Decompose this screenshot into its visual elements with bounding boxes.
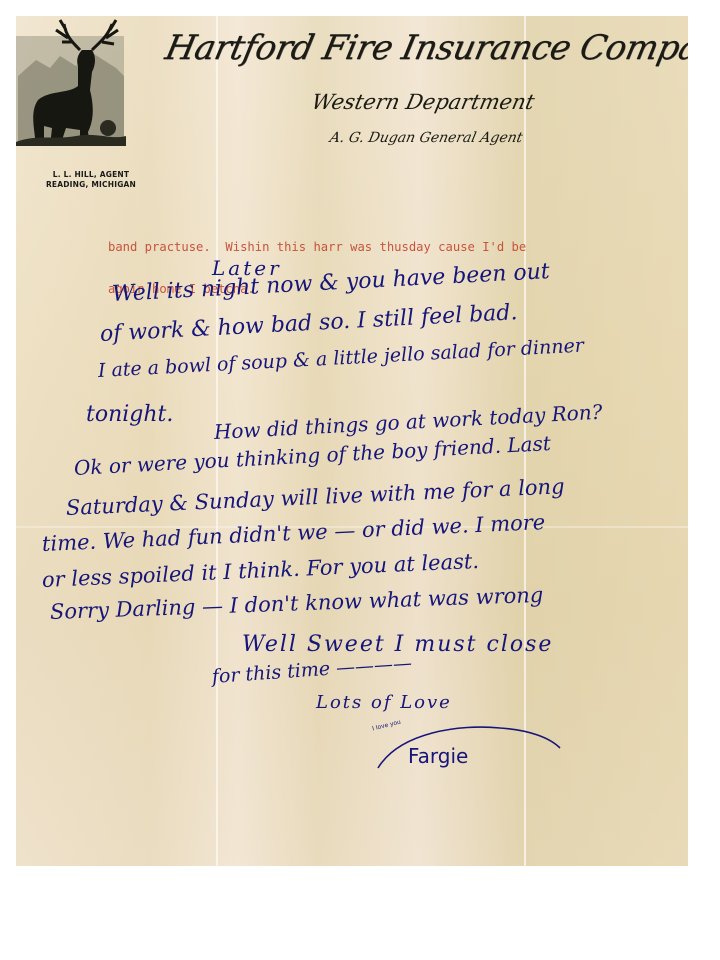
handwritten-line: or less spoiled it I think. For you at l…	[41, 549, 479, 592]
department-name: Western Department	[309, 90, 536, 114]
signature: Fargie	[408, 744, 468, 768]
agent-name: L. L. HILL, AGENT	[32, 170, 150, 180]
typed-line: band practuse. Wishin this harr was thus…	[108, 240, 628, 254]
elk-icon	[16, 16, 126, 156]
closing-line: Lots of Love	[316, 692, 452, 713]
handwritten-line: tonight.	[86, 402, 173, 427]
agent-location: READING, MICHIGAN	[32, 180, 150, 190]
handwritten-line: for this time ————	[211, 652, 412, 688]
general-agent: A. G. Dugan General Agent	[328, 130, 524, 146]
letter-paper: L. L. HILL, AGENT READING, MICHIGAN Hart…	[16, 16, 688, 866]
agent-info: L. L. HILL, AGENT READING, MICHIGAN	[32, 170, 150, 190]
company-name: Hartford Fire Insurance Company	[162, 28, 688, 68]
handwritten-line: Sorry Darling — I don't know what was wr…	[50, 583, 544, 624]
